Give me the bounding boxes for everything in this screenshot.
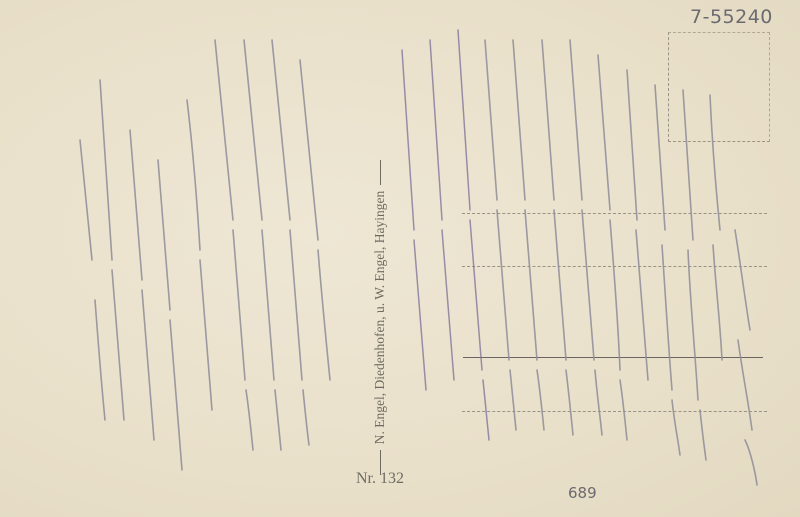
postcard-back: 7-55240 689 N. Engel, Diedenhofen, u. W.… [0,0,800,517]
handwritten-message [0,0,800,517]
